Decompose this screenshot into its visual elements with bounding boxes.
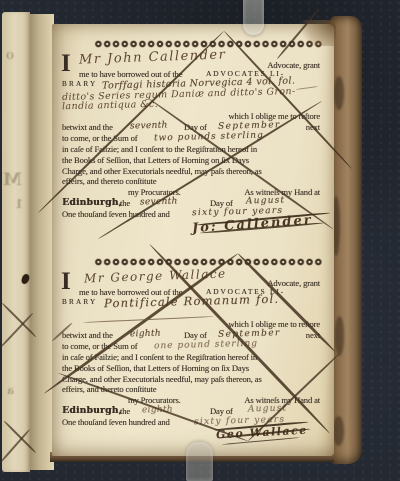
penalty-sum-handwritten: one pound sterling	[154, 339, 258, 352]
show-through-mark: O	[6, 52, 14, 62]
printed-text: in caſe of Failzie; and I conſent to the…	[62, 144, 320, 155]
book-photo: O M 1 a I Mr John Callender Advocate, gr…	[0, 0, 400, 481]
edinburgh-gothic: Edinburgh,	[62, 197, 122, 208]
printed-text: effeirs, and thereto conſtitute	[62, 176, 320, 187]
printed-text: to come, or the Sum of	[62, 341, 137, 351]
sign-month-handwritten: August	[248, 403, 288, 414]
printed-text: to come, or the Sum of	[62, 133, 137, 143]
page-holder-strip-top	[243, 0, 264, 35]
printed-text: next	[306, 122, 320, 132]
printed-text: Day of	[184, 122, 207, 132]
printed-text: the	[120, 198, 130, 208]
printed-text: in caſe of Failzie; and I conſent to the…	[62, 352, 320, 363]
printed-text: One thouſand ſeven hundred and	[62, 209, 170, 219]
printed-text: Day of	[210, 406, 233, 416]
show-through-mark: 1	[15, 197, 23, 211]
sign-month-handwritten: August	[246, 195, 286, 206]
printed-text: me to have borrowed out of the	[79, 69, 182, 79]
show-through-mark: a	[7, 384, 14, 397]
printed-text: my Procurators.	[128, 187, 181, 197]
printed-text: One thouſand ſeven hundred and	[62, 417, 170, 427]
printed-text: BRARY	[62, 80, 97, 88]
return-day-handwritten: seventh	[130, 121, 168, 132]
sign-day-handwritten: eighth	[142, 405, 173, 416]
printed-text: the Books of Seſſion, that Letters of Ho…	[62, 363, 320, 374]
edinburgh-gothic: Edinburgh,	[62, 405, 122, 416]
printed-text: BRARY	[62, 298, 97, 306]
return-day-handwritten: eighth	[130, 329, 161, 340]
printed-text: my Procurators.	[128, 395, 181, 405]
gutter-shadow	[30, 14, 54, 470]
printed-text: the	[120, 406, 130, 416]
printed-text: Day of	[184, 330, 207, 340]
printed-text: the Books of Seſſion, that Letters of Ho…	[62, 155, 320, 166]
printed-text: next	[306, 330, 320, 340]
book-fore-edge	[330, 16, 362, 464]
page-holder-strip-bottom	[186, 442, 213, 481]
register-page: I Mr John Callender Advocate, grant me t…	[52, 24, 334, 456]
printed-text: betwixt and the	[62, 330, 113, 340]
sign-day-handwritten: seventh	[140, 197, 178, 208]
show-through-mark: M	[3, 170, 22, 190]
penalty-sum-handwritten: two pounds sterling	[154, 131, 264, 144]
ornament-border	[94, 257, 322, 267]
facing-page-edge: O M 1 a	[2, 12, 30, 472]
printed-text: effeirs, and thereto conſtitute	[62, 384, 320, 395]
printed-text: betwixt and the	[62, 122, 113, 132]
